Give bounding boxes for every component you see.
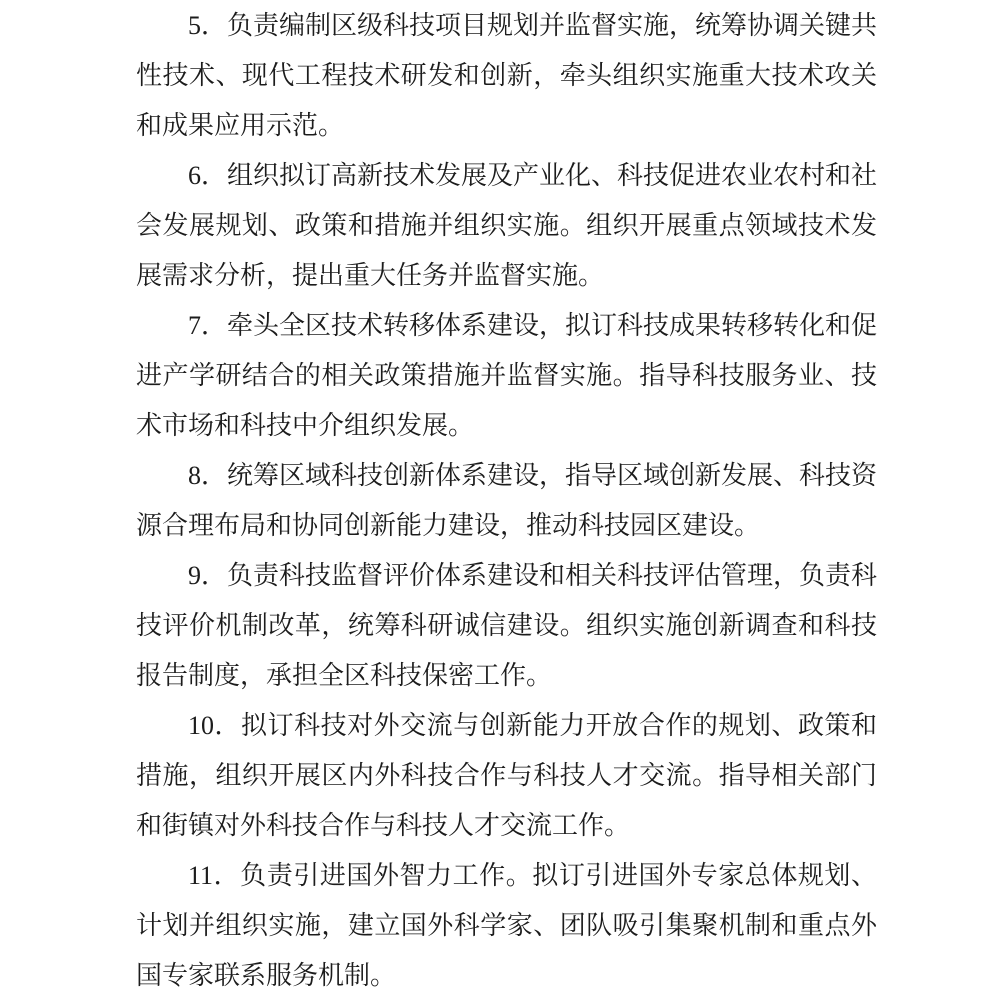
duty-paragraph-9: 9．负责科技监督评价体系建设和相关科技评估管理，负责科技评价机制改革，统筹科研诚… — [136, 551, 877, 701]
duty-paragraph-7: 7．牵头全区技术转移体系建设，拟订科技成果转移转化和促进产学研结合的相关政策措施… — [136, 301, 877, 451]
document-page: 5．负责编制区级科技项目规划并监督实施，统筹协调关键共性技术、现代工程技术研发和… — [0, 0, 1000, 1003]
duty-paragraph-5: 5．负责编制区级科技项目规划并监督实施，统筹协调关键共性技术、现代工程技术研发和… — [136, 1, 877, 151]
duty-paragraph-8: 8．统筹区域科技创新体系建设，指导区域创新发展、科技资源合理布局和协同创新能力建… — [136, 451, 877, 551]
duty-paragraph-10: 10．拟订科技对外交流与创新能力开放合作的规划、政策和措施，组织开展区内外科技合… — [136, 701, 877, 851]
duty-paragraph-11: 11．负责引进国外智力工作。拟订引进国外专家总体规划、计划并组织实施，建立国外科… — [136, 851, 877, 1001]
duty-paragraph-6: 6．组织拟订高新技术发展及产业化、科技促进农业农村和社会发展规划、政策和措施并组… — [136, 151, 877, 301]
